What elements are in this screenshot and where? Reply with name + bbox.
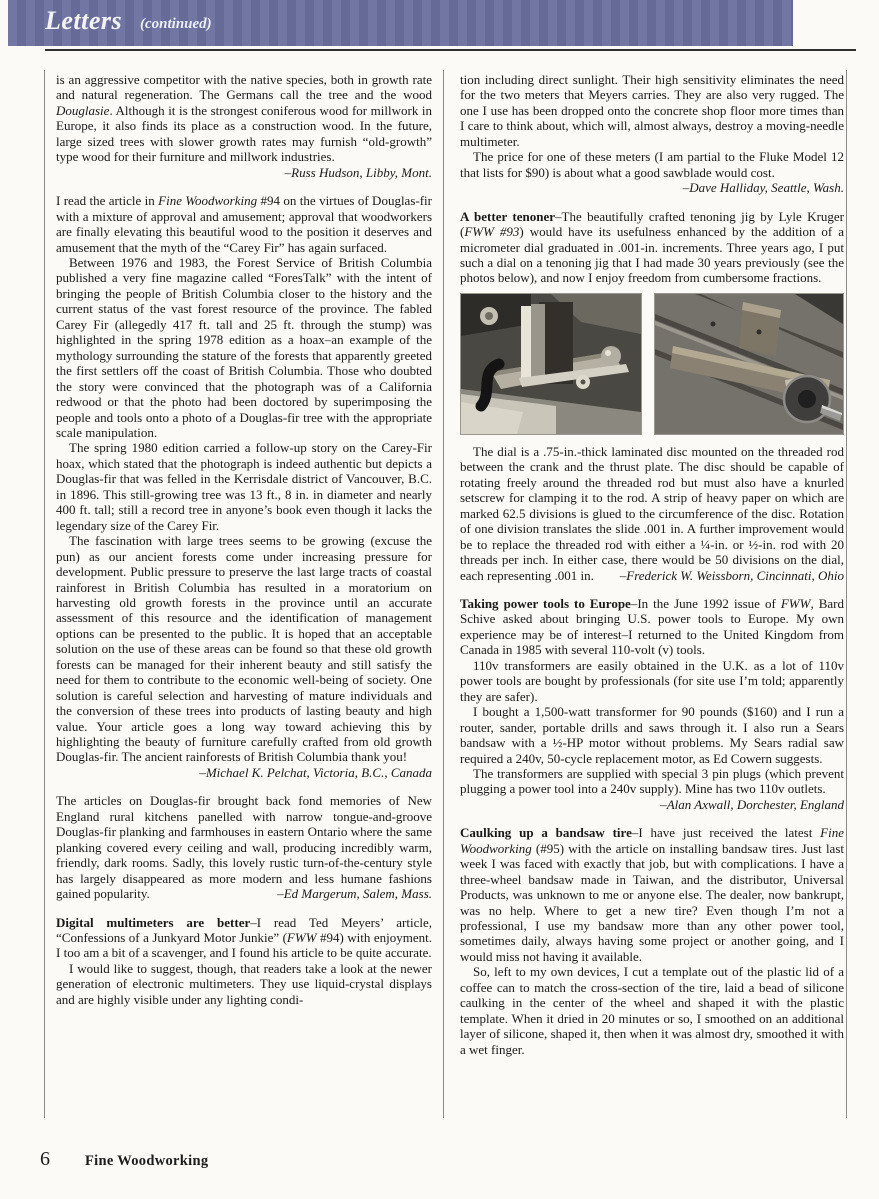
right-column-top: tion including direct sunlight. Their hi… bbox=[460, 72, 844, 286]
page-subtitle: (continued) bbox=[140, 16, 212, 33]
letter-paragraph: Digital multimeters are better–I read Te… bbox=[56, 915, 432, 961]
letter-paragraph: The price for one of these meters (I am … bbox=[460, 149, 844, 195]
letter-signature: –Alan Axwall, Dorchester, England bbox=[637, 797, 844, 812]
page-footer: 6 Fine Woodworking bbox=[40, 1148, 208, 1171]
letter-signature: –Dave Halliday, Seattle, Wash. bbox=[660, 180, 844, 195]
letter-paragraph: I read the article in Fine Woodworking #… bbox=[56, 193, 432, 255]
letter-paragraph: So, left to my own devices, I cut a temp… bbox=[460, 964, 844, 1057]
letter-paragraph: A better tenoner–The beautifully crafted… bbox=[460, 209, 844, 286]
photo-row bbox=[460, 293, 844, 435]
letter-paragraph: Between 1976 and 1983, the Forest Servic… bbox=[56, 255, 432, 440]
header-bar: Letters (continued) bbox=[8, 0, 793, 46]
letter-paragraph: The dial is a .75-in.-thick laminated di… bbox=[460, 444, 844, 583]
magazine-page: Letters (continued) is an aggressive com… bbox=[0, 0, 879, 1199]
page-number: 6 bbox=[40, 1148, 50, 1171]
tenoning-jig-photo-1 bbox=[460, 293, 642, 435]
magazine-title: Fine Woodworking bbox=[85, 1153, 208, 1170]
letter-signature: –Frederick W. Weissborn, Cincinnati, Ohi… bbox=[597, 568, 844, 583]
letter-signature: –Russ Hudson, Libby, Mont. bbox=[275, 165, 432, 180]
right-column: tion including direct sunlight. Their hi… bbox=[444, 70, 847, 1118]
right-column-bottom: The dial is a .75-in.-thick laminated di… bbox=[460, 444, 844, 1057]
letter-paragraph: Caulking up a bandsaw tire–I have just r… bbox=[460, 825, 844, 964]
letter-paragraph: 110v transformers are easily obtained in… bbox=[460, 658, 844, 704]
letter-paragraph: I would like to suggest, though, that re… bbox=[56, 961, 432, 1007]
letters-body: is an aggressive competitor with the nat… bbox=[44, 70, 847, 1118]
letter-paragraph: is an aggressive competitor with the nat… bbox=[56, 72, 432, 180]
letter-paragraph: Taking power tools to Europe–In the June… bbox=[460, 596, 844, 658]
letter-signature: –Michael K. Pelchat, Victoria, B.C., Can… bbox=[176, 765, 432, 780]
left-column: is an aggressive competitor with the nat… bbox=[44, 70, 444, 1118]
letter-paragraph: tion including direct sunlight. Their hi… bbox=[460, 72, 844, 149]
letter-signature: –Ed Margerum, Salem, Mass. bbox=[267, 886, 432, 901]
letter-paragraph: I bought a 1,500-watt transformer for 90… bbox=[460, 704, 844, 766]
letter-paragraph: The transformers are supplied with speci… bbox=[460, 766, 844, 812]
tenoning-jig-photo-2 bbox=[654, 293, 844, 435]
header-rule bbox=[45, 49, 856, 51]
letter-paragraph: The fascination with large trees seems t… bbox=[56, 533, 432, 780]
letter-paragraph: The spring 1980 edition carried a follow… bbox=[56, 440, 432, 533]
letter-paragraph: The articles on Douglas-fir brought back… bbox=[56, 793, 432, 901]
page-title: Letters bbox=[45, 6, 122, 36]
